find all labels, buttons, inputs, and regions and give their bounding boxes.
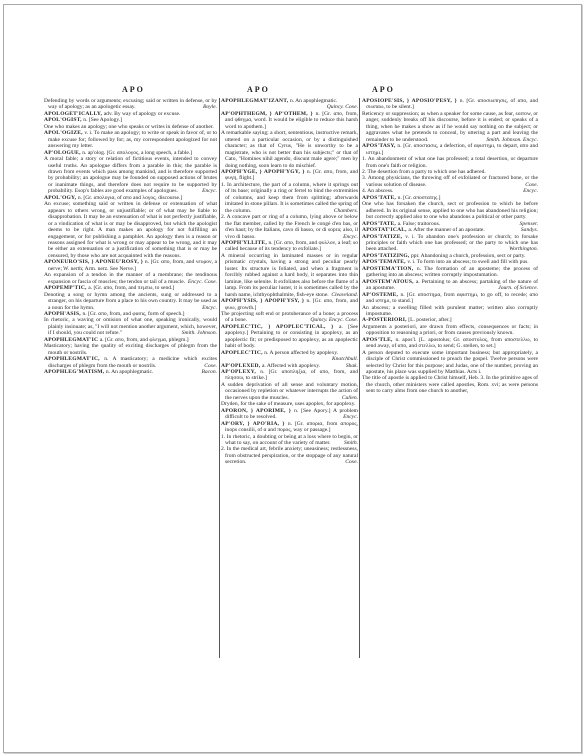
dictionary-entry: APOPLEC'TIC, n. A person affected by apo…: [221, 350, 358, 363]
dictionary-entry: APOSIOPE'SIS, } APOSIO'PESY, } n. [Gr. α…: [362, 98, 538, 111]
entry-definition: Defending by words or arguments; excusin…: [44, 98, 217, 110]
dictionary-entry: Arguments a posteriori, are drawn from e…: [362, 324, 538, 337]
column-left: Defending by words or arguments; excusin…: [44, 98, 217, 375]
entry-headword: APOPH'YSIS, } APOPH'YSY, }: [221, 298, 307, 304]
dictionary-entry: The projecting soft end or protuberance …: [221, 311, 358, 324]
entry-definition: adv. By way of apology or excuse.: [104, 111, 181, 117]
entry-definition: 2. In the medical art, febrile anxiety; …: [221, 446, 358, 465]
entry-definition: One who makes an apology; one who speaks…: [44, 124, 214, 130]
dictionary-entry: 2. A concave part or ring of a column, l…: [221, 214, 358, 240]
entry-headword: APOS'TATIZE,: [362, 234, 405, 240]
entry-headword: APOSTEM'ATOUS,: [362, 279, 416, 285]
entry-definition: A sudden deprivation of all sense and vo…: [221, 382, 358, 401]
entry-headword: APOLOGET'ICALLY,: [44, 111, 104, 117]
dictionary-entry: Masticatory; having the quality of excit…: [44, 343, 217, 356]
dictionary-entry: Reticency or suppression; as when a spea…: [362, 111, 538, 143]
entry-headword: APOS'TATE,: [362, 195, 398, 201]
dictionary-entry: APOSTEM'ATOUS, a. Pertaining to an absce…: [362, 279, 538, 292]
entry-headword: AP'ORY, } APO'RIA, }: [221, 421, 288, 427]
dictionary-entry: 1. In architecture, the part of a column…: [221, 182, 358, 214]
entry-headword: AP'OPLEXY,: [221, 369, 260, 375]
column-middle: APOPHLEGMAT'IZANT, n. An apophlegmatic.Q…: [221, 98, 358, 466]
entry-definition: One who has forsaken the church, sect or…: [362, 201, 538, 220]
dictionary-entry: APOPLEC'TIC, } APOPLEC'TICAL, } a. [See …: [221, 324, 358, 350]
entry-definition: 3. Among physicians, the throwing off of…: [362, 175, 538, 187]
column-right: APOSIOPE'SIS, } APOSIO'PESY, } n. [Gr. α…: [362, 98, 538, 395]
entry-headword: A-POSTERIORI,: [362, 317, 408, 323]
entry-headword: APOPLEC'TIC,: [221, 350, 264, 356]
entry-definition: a. Affected with apoplexy.: [262, 363, 320, 369]
dictionary-entry: 3. Among physicians, the throwing off of…: [362, 175, 538, 188]
dictionary-entry: AP'OPLEXY, n. [Gr. αποπληξια, of απο, fr…: [221, 369, 358, 382]
running-head-right: APO: [372, 85, 395, 94]
entry-headword: APOL'OGY,: [44, 195, 78, 201]
entry-definition: 4. An abscess.: [362, 188, 393, 194]
entry-definition: a. After the manner of an apostate.: [408, 227, 484, 233]
entry-definition: 2. A concave part or ring of a column, l…: [221, 214, 358, 239]
entry-definition: Denoting a song or hymn among the ancien…: [44, 292, 217, 311]
entry-headword: APORON, } APORIME, }: [221, 408, 294, 414]
running-head-center: APO: [247, 85, 270, 94]
dictionary-entry: An expansion of a tendon in the manner o…: [44, 272, 217, 285]
entry-headword: APOS'TATIZING,: [362, 253, 411, 259]
dictionary-entry: One who has forsaken the church, sect or…: [362, 201, 538, 220]
entry-definition: n. [Gr. αποστατης.]: [398, 195, 441, 201]
entry-headword: APOS'TEMATE,: [362, 259, 407, 265]
dictionary-entry: A sudden deprivation of all sense and vo…: [221, 382, 358, 401]
dictionary-entry: AP'OSTEME, n. [Gr. αποστημα, from αφιστη…: [362, 292, 538, 305]
entry-definition: n. ap'olog. [Gr. απολογος, a long speech…: [82, 150, 192, 156]
entry-source: Encyc. Coxe.: [189, 279, 217, 285]
running-heads: APO APO APO: [0, 85, 585, 97]
dictionary-entry: 2. In the medical art, febrile anxiety; …: [221, 446, 358, 465]
dictionary-entry: APOS'TASY, n. [Gr. αποστασις, a defectio…: [362, 143, 538, 156]
dictionary-entry: APONEURO'SIS, } APONEU'ROSY, } n. [Gr. α…: [44, 259, 217, 272]
dictionary-entry: APOL'OGIZE, v. i. To make an apology; to…: [44, 130, 217, 149]
dictionary-entry: APOPH'YSIS, } APOPH'YSY, } n. [Gr. απο, …: [221, 298, 358, 311]
entry-source: Encyc.: [203, 305, 217, 311]
dictionary-entry: In rhetoric, a waving or omision of what…: [44, 317, 217, 336]
entry-headword: AP'OPLEXED,: [221, 363, 262, 369]
dictionary-entry: APORON, } APORIME, } n. [See Apory.] A p…: [221, 408, 358, 421]
entry-source: Encyc.: [524, 188, 538, 194]
dictionary-entry: 1. In rhetoric, a doubting or being at a…: [221, 434, 358, 447]
dictionary-entry: AP'OPHTHEGM, } AP'OTHEM, } n. [Gr. απο, …: [221, 111, 358, 130]
entry-definition: n. [See Apology.]: [83, 117, 122, 123]
dictionary-entry: Defending by words or arguments; excusin…: [44, 98, 217, 111]
dictionary-entry: APOPH'YLLITE, n. [Gr. απο, from, and φυλ…: [221, 240, 358, 253]
dictionary-entry: APOS'TATIZE, v. i. To abandon one's prof…: [362, 234, 538, 253]
entry-definition: An abscess; a swelling filled with purul…: [362, 305, 538, 317]
dictionary-entry: An abscess; a swelling filled with purul…: [362, 305, 538, 318]
entry-definition: a. False; traitorous.: [398, 221, 441, 227]
entry-headword: APOL'OGIZE,: [44, 130, 84, 136]
entry-definition: v. i. To form into an abscess; to swell …: [407, 259, 528, 265]
entry-definition: 1. In rhetoric, a doubting or being at a…: [221, 434, 358, 446]
entry-definition: The title of apostle is applied to Chris…: [362, 375, 538, 394]
entry-definition: An excuse; something said or written in …: [44, 201, 217, 259]
dictionary-entry: APOPHLEGMAT'IC, n. A masticatory; a medi…: [44, 356, 217, 369]
entry-headword: APOPHLEGMAT'IZANT,: [221, 98, 290, 104]
dictionary-entry: A person deputed to execute some importa…: [362, 350, 538, 376]
entry-headword: AP'OLOGUE,: [44, 150, 82, 156]
entry-definition: a. [Gr. απο, from, and πεμπω, to send.]: [88, 285, 174, 291]
entry-definition: Masticatory; having the quality of excit…: [44, 343, 217, 355]
column-divider: [359, 98, 360, 658]
entry-headword: APOSIOPE'SIS, } APOSIO'PESY, }: [362, 98, 460, 104]
dictionary-entry: 1. An abandonment of what one has profes…: [362, 156, 538, 169]
entry-headword: APOPEMP'TIC,: [44, 285, 88, 291]
entry-definition: 1. An abandonment of what one has profes…: [362, 156, 538, 168]
dictionary-entry: A remarkable saying; a short, sententiou…: [221, 130, 358, 169]
entry-headword: APOSTAT'ICAL,: [362, 227, 408, 233]
entry-definition: n. An apophlegmatic.: [106, 369, 153, 375]
entry-definition: n. [Gr. απολογια, of απο and λογος, disc…: [78, 195, 182, 201]
entry-headword: APOPHLEG'MATISM,: [44, 369, 106, 375]
entry-headword: APONEURO'SIS, } APONEU'ROSY, }: [44, 259, 145, 265]
entry-headword: AP'OSTEME,: [362, 292, 400, 298]
entry-headword: APOSTEMA'TION,: [362, 266, 417, 272]
entry-headword: APOS'TASY,: [362, 143, 397, 149]
entry-headword: APOPLEC'TIC, } APOPLEC'TICAL, }: [221, 324, 339, 330]
entry-headword: AP'OPHTHEGM, } AP'OTHEM, }: [221, 111, 316, 117]
entry-definition: Arguments a posteriori, are drawn from e…: [362, 324, 538, 336]
entry-headword: APOS'TATE,: [362, 221, 398, 227]
entry-definition: n. A person affected by apoplexy.: [264, 350, 338, 356]
entry-definition: n. An apophlegmatic.: [290, 98, 337, 104]
dictionary-entry: APOPHLEG'MATISM, n. An apophlegmatic.Bac…: [44, 369, 217, 375]
entry-definition: A mineral occurring in laminated masses …: [221, 253, 358, 298]
dictionary-entry: APOS'TLE, n. apos'l. [L. apostolus; Gr. …: [362, 337, 538, 350]
entry-definition: A moral fable; a story or relation of fi…: [44, 156, 217, 194]
dictionary-entry: APOSTEMA'TION, n. The formation of an ap…: [362, 266, 538, 279]
entry-headword: APOPHLEGMAT'IC: [44, 337, 100, 343]
entry-headword: APOPHLEGMAT'IC,: [44, 356, 104, 362]
dictionary-entry: APOPHLEGMAT'IZANT, n. An apophlegmatic.Q…: [221, 98, 358, 111]
column-divider: [219, 98, 220, 658]
dictionary-entry: Denoting a song or hymn among the ancien…: [44, 292, 217, 311]
entry-definition: A person deputed to execute some importa…: [362, 350, 538, 375]
dictionary-entry: A moral fable; a story or relation of fi…: [44, 156, 217, 195]
entry-headword: APOL'OGIST,: [44, 117, 83, 123]
entry-definition: Dryden, for the sake of measure, uses ap…: [221, 401, 355, 407]
entry-definition: ppr. Abandoning a church, profession, se…: [411, 253, 525, 259]
entry-definition: A remarkable saying; a short, sententiou…: [221, 130, 358, 168]
entry-source: Coxe.: [346, 459, 358, 465]
entry-headword: APOS'TLE,: [362, 337, 395, 343]
entry-definition: a. [Gr. απο, from, and φλεγμα, phlegm.]: [100, 337, 189, 343]
running-head-left: APO: [122, 85, 145, 94]
entry-source: Boyle.: [204, 104, 217, 110]
dictionary-entry: The title of apostle is applied to Chris…: [362, 375, 538, 394]
dictionary-entry: AP'ORY, } APO'RIA, } n. [Gr. απορια, fro…: [221, 421, 358, 434]
dictionary-entry: APOPH'YGE, } APOPH'YGY, } n. [Gr. απο, f…: [221, 169, 358, 182]
dictionary-entry: A mineral occurring in laminated masses …: [221, 253, 358, 298]
entry-source: Bacon.: [202, 369, 217, 375]
entry-source: Encyc.: [203, 188, 217, 194]
dictionary-entry: An excuse; something said or written in …: [44, 201, 217, 259]
entry-definition: [L. posterior, after.]: [408, 317, 451, 323]
